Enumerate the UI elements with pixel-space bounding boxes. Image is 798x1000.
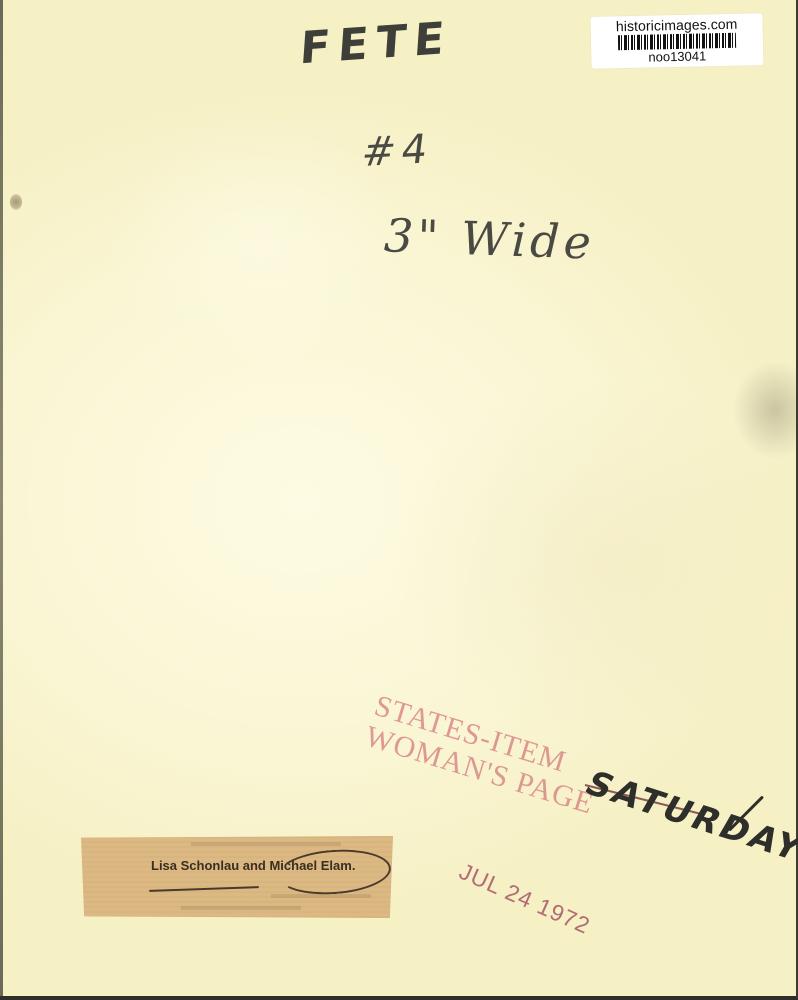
photo-back-paper: historicimages.com noo13041 FETE #4 3" W… (0, 0, 798, 1000)
handwritten-day: SATURDAY (578, 764, 798, 869)
watermark-code: noo13041 (591, 48, 763, 66)
date-stamp: JUL 24 1972 (455, 858, 594, 940)
handwritten-width: 3" Wide (383, 208, 596, 269)
handwritten-title: FETE (298, 13, 453, 75)
paper-stain (10, 194, 22, 210)
bleed-through-text (181, 906, 301, 910)
caption-clipping: Lisa Schonlau and Michael Elam. (81, 836, 393, 918)
bleed-through-text (271, 894, 371, 898)
watermark-label: historicimages.com noo13041 (590, 13, 763, 69)
bleed-through-text (191, 842, 341, 846)
handwritten-number: #4 (359, 126, 436, 176)
barcode-icon (618, 33, 736, 50)
paper-edge (0, 0, 3, 996)
rubber-stamp: STATES-ITEM WOMAN'S PAGE (361, 690, 607, 821)
pen-circle (276, 846, 393, 898)
watermark-site: historicimages.com (591, 15, 763, 35)
pen-underline (149, 886, 259, 892)
